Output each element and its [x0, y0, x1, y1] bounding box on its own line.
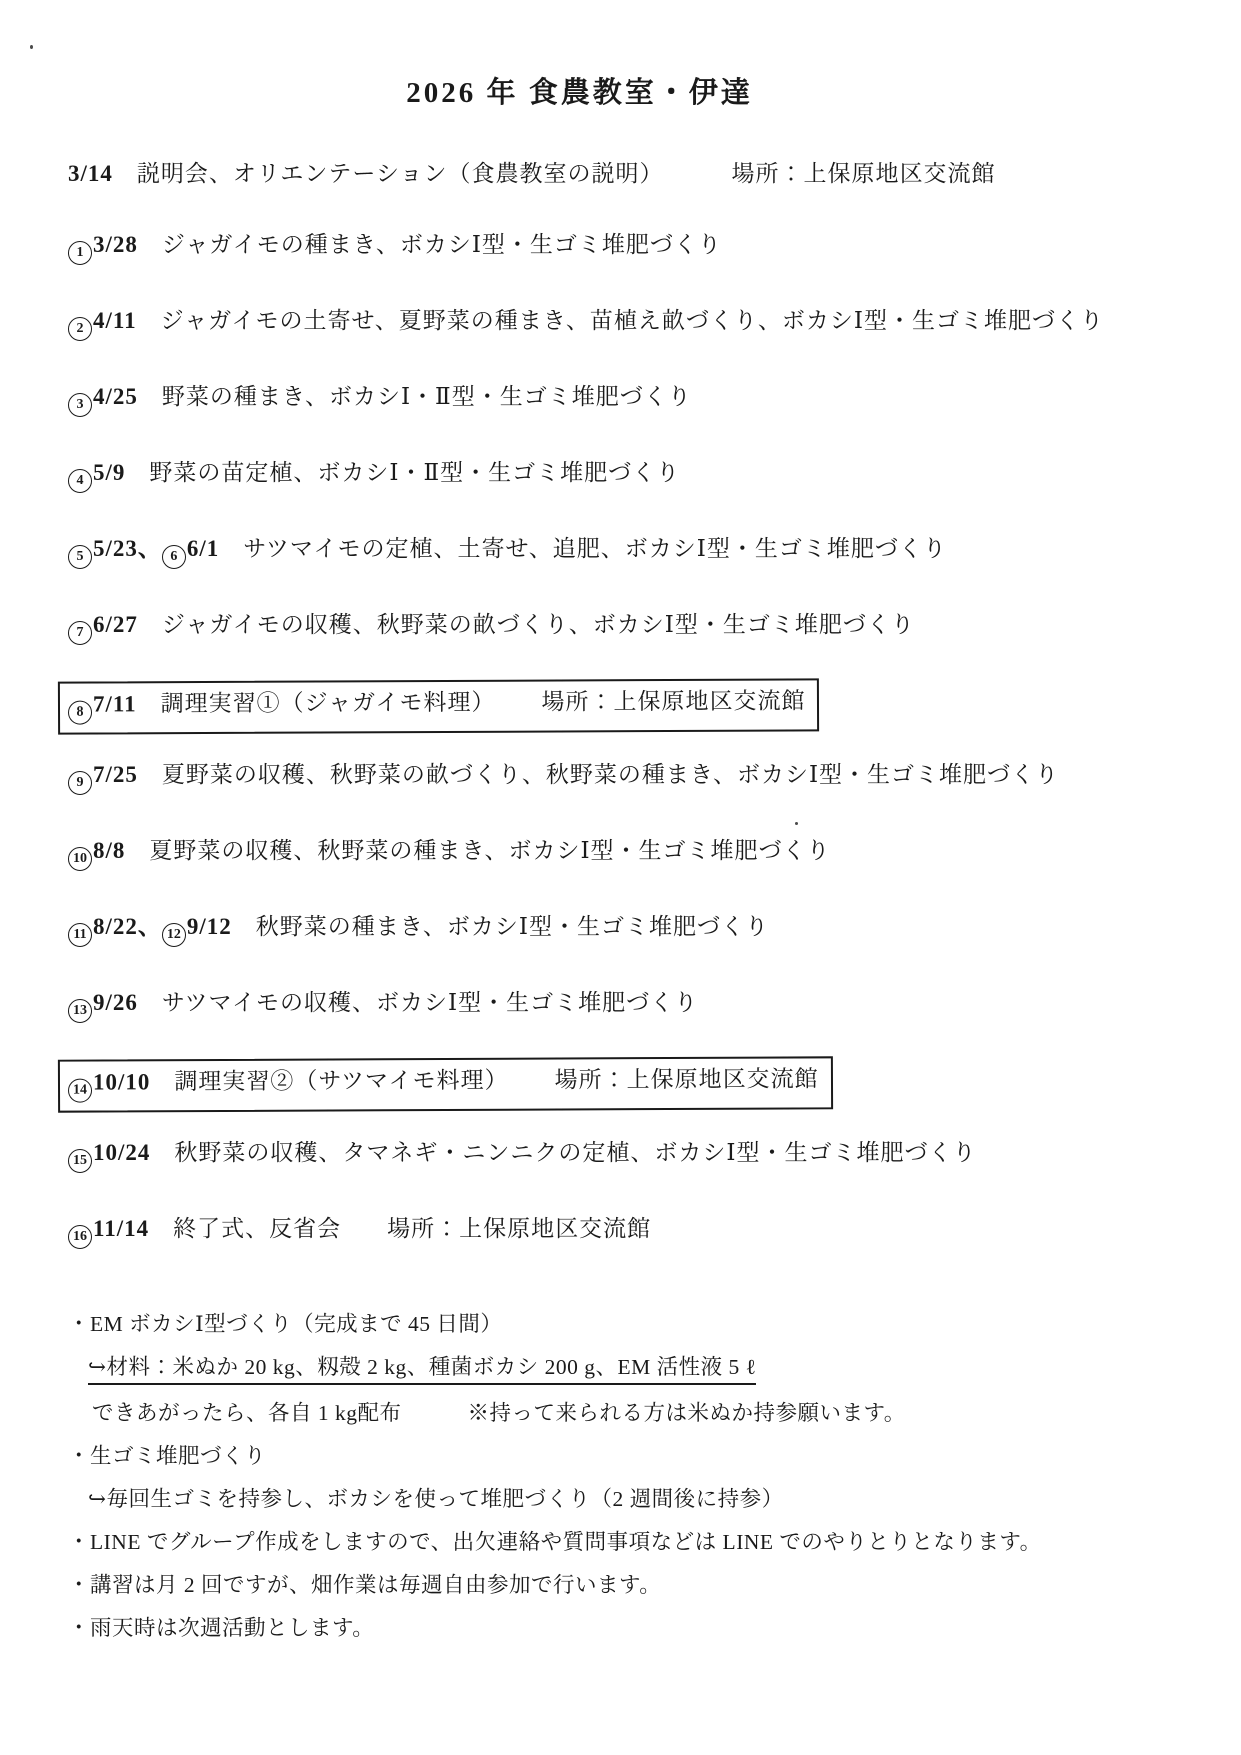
- schedule-row-boxed: 1410/10調理実習②（サツマイモ料理）場所：上保原地区交流館: [68, 1058, 1091, 1111]
- session-date: 1510/24: [68, 1140, 150, 1165]
- activity-text: 秋野菜の収穫、タマネギ・ニンニクの定植、ボカシⅠ型・生ゴミ堆肥づくり: [174, 1140, 976, 1165]
- session-date: 55/23、66/1: [68, 536, 219, 561]
- note-line: ↪材料：米ぬか 20 kg、籾殻 2 kg、種菌ボカシ 200 g、EM 活性液…: [68, 1352, 1091, 1385]
- activity-text: ジャガイモの収穫、秋野菜の畝づくり、ボカシⅠ型・生ゴミ堆肥づくり: [162, 612, 915, 637]
- activity-text: サツマイモの収穫、ボカシⅠ型・生ゴミ堆肥づくり: [162, 990, 698, 1015]
- activity-text: 野菜の種まき、ボカシⅠ・Ⅱ型・生ゴミ堆肥づくり: [162, 384, 692, 409]
- schedule-row: 45/9野菜の苗定植、ボカシⅠ・Ⅱ型・生ゴミ堆肥づくり: [68, 458, 1091, 493]
- session-date: 139/26: [68, 990, 138, 1015]
- session-date: 87/11: [68, 691, 137, 716]
- circled-number: 10: [68, 847, 92, 871]
- circled-number: 9: [68, 771, 92, 795]
- highlight-box: 87/11調理実習①（ジャガイモ料理）場所：上保原地区交流館: [58, 678, 820, 734]
- circled-number: 13: [68, 999, 92, 1023]
- schedule-row: 97/25夏野菜の収穫、秋野菜の畝づくり、秋野菜の種まき、ボカシⅠ型・生ゴミ堆肥…: [68, 760, 1091, 795]
- note-text: ・講習は月 2 回ですが、畑作業は毎週自由参加で行います。: [68, 1570, 661, 1600]
- schedule-row: 55/23、66/1サツマイモの定植、土寄せ、追肥、ボカシⅠ型・生ゴミ堆肥づくり: [68, 534, 1091, 569]
- session-date: 118/22、129/12: [68, 914, 232, 939]
- schedule-row: 3/14説明会、オリエンテーション（食農教室の説明）場所：上保原地区交流館: [68, 159, 1091, 189]
- circled-number: 2: [68, 317, 92, 341]
- place-text: 場所：上保原地区交流館: [541, 688, 805, 714]
- schedule-row: 108/8夏野菜の収穫、秋野菜の種まき、ボカシⅠ型・生ゴミ堆肥づくり: [68, 836, 1091, 871]
- document-body: 2026 年 食農教室・伊達 3/14説明会、オリエンテーション（食農教室の説明…: [0, 0, 1241, 1643]
- activity-text: 調理実習①（ジャガイモ料理）: [161, 690, 496, 716]
- activity-text: サツマイモの定植、土寄せ、追肥、ボカシⅠ型・生ゴミ堆肥づくり: [243, 536, 947, 561]
- circled-number: 7: [68, 621, 92, 645]
- schedule-row: 24/11ジャガイモの土寄せ、夏野菜の種まき、苗植え畝づくり、ボカシⅠ型・生ゴミ…: [68, 306, 1091, 341]
- circled-number: 8: [68, 701, 92, 725]
- note-text: ・EM ボカシⅠ型づくり（完成まで 45 日間）: [68, 1309, 502, 1339]
- activity-text: 夏野菜の収穫、秋野菜の畝づくり、秋野菜の種まき、ボカシⅠ型・生ゴミ堆肥づくり: [162, 762, 1059, 787]
- note-text: できあがったら、各自 1 kg配布 ※持って来られる方は米ぬか持参願います。: [92, 1398, 906, 1428]
- circled-number: 6: [162, 545, 186, 569]
- circled-number: 15: [68, 1149, 92, 1173]
- activity-text: 終了式、反省会: [173, 1216, 341, 1241]
- circled-number: 5: [68, 545, 92, 569]
- session-date: 76/27: [68, 612, 138, 637]
- page-title: 2026 年 食農教室・伊達: [68, 70, 1091, 111]
- circled-number: 1: [68, 241, 92, 265]
- session-date: 1410/10: [68, 1069, 150, 1094]
- circled-number: 3: [68, 393, 92, 417]
- circled-number: 4: [68, 469, 92, 493]
- activity-text: ジャガイモの種まき、ボカシⅠ型・生ゴミ堆肥づくり: [162, 232, 722, 257]
- schedule-row: 139/26サツマイモの収穫、ボカシⅠ型・生ゴミ堆肥づくり: [68, 988, 1091, 1023]
- session-date: 3/14: [68, 161, 113, 186]
- schedule-row: 76/27ジャガイモの収穫、秋野菜の畝づくり、ボカシⅠ型・生ゴミ堆肥づくり: [68, 610, 1091, 645]
- circled-number: 12: [162, 923, 186, 947]
- circled-number: 16: [68, 1225, 92, 1249]
- notes-section: ・EM ボカシⅠ型づくり（完成まで 45 日間）↪材料：米ぬか 20 kg、籾殻…: [68, 1309, 1091, 1643]
- note-text: ・生ゴミ堆肥づくり: [68, 1441, 266, 1471]
- circled-number: 11: [68, 923, 92, 947]
- activity-text: 夏野菜の収穫、秋野菜の種まき、ボカシⅠ型・生ゴミ堆肥づくり: [149, 838, 830, 863]
- note-line: できあがったら、各自 1 kg配布 ※持って来られる方は米ぬか持参願います。: [68, 1398, 1091, 1428]
- session-date: 34/25: [68, 384, 138, 409]
- schedule-row-boxed: 87/11調理実習①（ジャガイモ料理）場所：上保原地区交流館: [68, 680, 1091, 733]
- scanned-document-page: { "title": "2026 年 食農教室・伊達", "schedule":…: [0, 0, 1241, 1755]
- note-line: ・LINE でグループ作成をしますので、出欠連絡や質問事項などは LINE での…: [68, 1527, 1091, 1557]
- activity-text: 調理実習②（サツマイモ料理）: [174, 1068, 508, 1094]
- place-text: 場所：上保原地区交流館: [732, 161, 996, 186]
- session-date: 45/9: [68, 460, 125, 485]
- schedule-row: 118/22、129/12秋野菜の種まき、ボカシⅠ型・生ゴミ堆肥づくり: [68, 912, 1091, 947]
- place-text: 場所：上保原地区交流館: [554, 1066, 818, 1092]
- schedule-row: 34/25野菜の種まき、ボカシⅠ・Ⅱ型・生ゴミ堆肥づくり: [68, 382, 1091, 417]
- session-date: 24/11: [68, 308, 137, 333]
- session-date: 97/25: [68, 762, 138, 787]
- highlight-box: 1410/10調理実習②（サツマイモ料理）場所：上保原地区交流館: [58, 1056, 833, 1112]
- schedule-row: 1510/24秋野菜の収穫、タマネギ・ニンニクの定植、ボカシⅠ型・生ゴミ堆肥づく…: [68, 1138, 1091, 1173]
- activity-text: 説明会、オリエンテーション（食農教室の説明）: [137, 161, 664, 186]
- schedule-list: 3/14説明会、オリエンテーション（食農教室の説明）場所：上保原地区交流館13/…: [68, 159, 1091, 1249]
- note-line: ・EM ボカシⅠ型づくり（完成まで 45 日間）: [68, 1309, 1091, 1339]
- activity-text: ジャガイモの土寄せ、夏野菜の種まき、苗植え畝づくり、ボカシⅠ型・生ゴミ堆肥づくり: [161, 308, 1104, 333]
- note-text: ↪毎回生ゴミを持参し、ボカシを使って堆肥づくり（2 週間後に持参）: [88, 1484, 784, 1514]
- note-text: ↪材料：米ぬか 20 kg、籾殻 2 kg、種菌ボカシ 200 g、EM 活性液…: [88, 1352, 756, 1385]
- schedule-row: 1611/14終了式、反省会場所：上保原地区交流館: [68, 1214, 1091, 1249]
- session-date: 1611/14: [68, 1216, 149, 1241]
- note-text: ・LINE でグループ作成をしますので、出欠連絡や質問事項などは LINE での…: [68, 1527, 1042, 1557]
- place-text: 場所：上保原地区交流館: [387, 1216, 651, 1241]
- note-text: ・雨天時は次週活動とします。: [68, 1613, 374, 1643]
- note-line: ・雨天時は次週活動とします。: [68, 1613, 1091, 1643]
- activity-text: 野菜の苗定植、ボカシⅠ・Ⅱ型・生ゴミ堆肥づくり: [149, 460, 680, 485]
- circled-number: 14: [68, 1079, 92, 1103]
- note-line: ・講習は月 2 回ですが、畑作業は毎週自由参加で行います。: [68, 1570, 1091, 1600]
- schedule-row: 13/28ジャガイモの種まき、ボカシⅠ型・生ゴミ堆肥づくり: [68, 230, 1091, 265]
- session-date: 13/28: [68, 232, 138, 257]
- session-date: 108/8: [68, 838, 125, 863]
- note-line: ・生ゴミ堆肥づくり: [68, 1441, 1091, 1471]
- note-line: ↪毎回生ゴミを持参し、ボカシを使って堆肥づくり（2 週間後に持参）: [68, 1484, 1091, 1514]
- activity-text: 秋野菜の種まき、ボカシⅠ型・生ゴミ堆肥づくり: [256, 914, 769, 939]
